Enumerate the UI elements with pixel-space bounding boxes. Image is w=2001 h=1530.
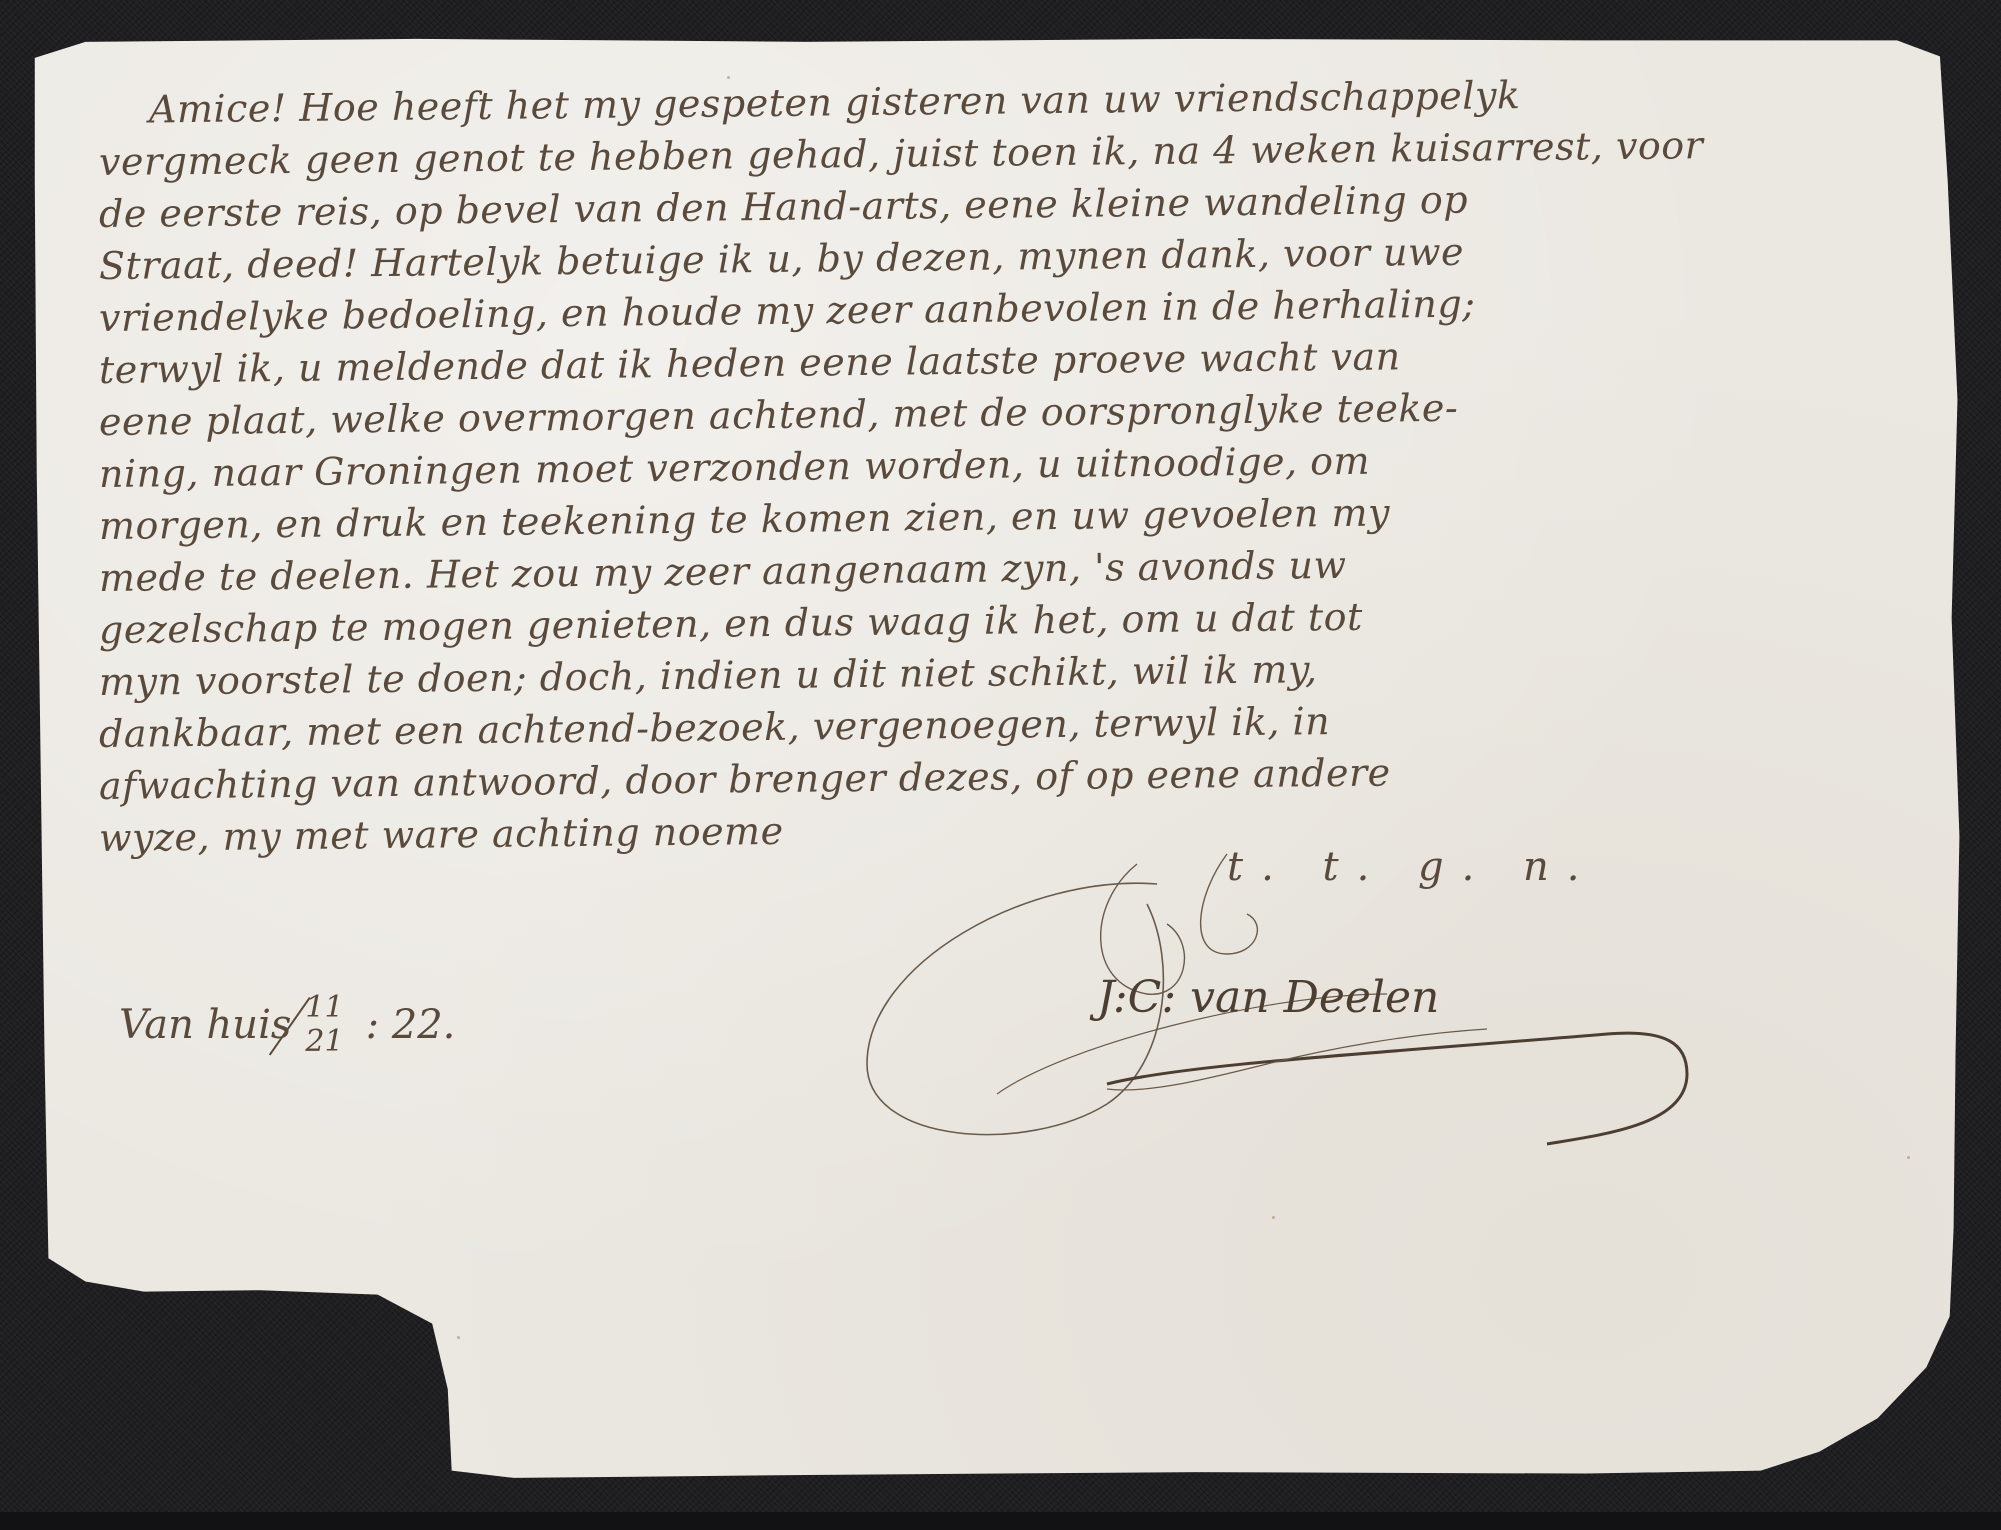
- signature: J:C: van Deelen: [1097, 972, 1439, 1023]
- dateline-year: : 22.: [366, 1002, 456, 1048]
- scan-background-strip: [0, 1512, 2001, 1530]
- dateline: Van huis 11 21 : 22.: [119, 991, 455, 1059]
- closing-initials: t. t. g. n.: [1227, 844, 1598, 890]
- dateline-day-month: 11 21: [305, 991, 343, 1059]
- signature-block: t. t. g. n. J:C: van Deelen: [847, 844, 1847, 1164]
- paper-speck: [1272, 1216, 1275, 1219]
- dateline-place: Van huis: [119, 1002, 291, 1048]
- letter-body: Amice! Hoe heeft het my gespeten gistere…: [99, 84, 1899, 864]
- dateline-day-month-bottom: 21: [305, 1025, 343, 1059]
- letter-sheet: Amice! Hoe heeft het my gespeten gistere…: [27, 36, 1975, 1491]
- paper-speck: [1907, 1156, 1910, 1159]
- paper-speck: [457, 1336, 460, 1339]
- dateline-day-month-top: 11: [305, 991, 343, 1025]
